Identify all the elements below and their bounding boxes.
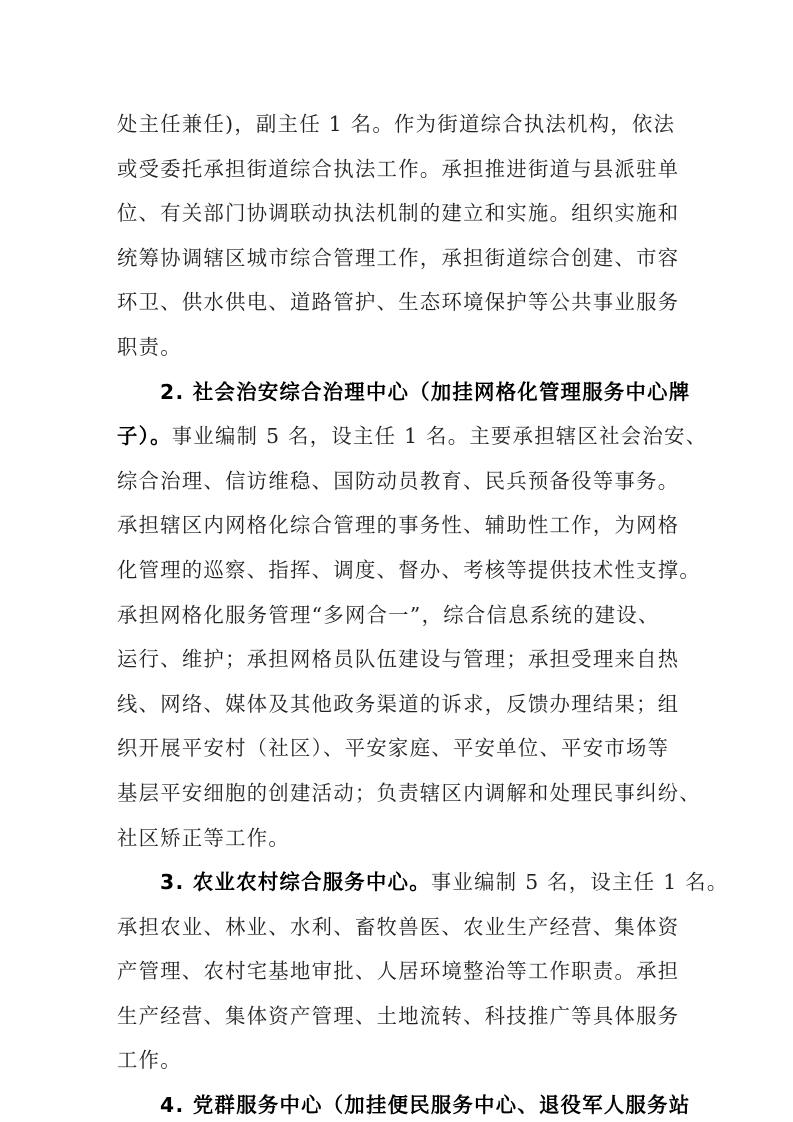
text-line: 4. 党群服务中心（加挂便民服务中心、退役军人服务站 <box>117 1083 683 1122</box>
text-line: 位、有关部门协调联动执法机制的建立和实施。组织实施和 <box>117 191 683 236</box>
text-line: 承担辖区内网格化综合管理的事务性、辅助性工作，为网格 <box>117 503 683 548</box>
paragraph-section-4: 4. 党群服务中心（加挂便民服务中心、退役军人服务站 <box>117 1083 683 1122</box>
text-run: 事业编制 5 名，设主任 1 名。 <box>431 870 729 894</box>
text-run: 事业编制 5 名，设主任 1 名。主要承担辖区社会治安、 <box>172 424 708 448</box>
document-page: 处主任兼任)，副主任 1 名。作为街道综合执法机构，依法 或受委托承担街道综合执… <box>0 0 793 1122</box>
text-line: 线、网络、媒体及其他政务渠道的诉求，反馈办理结果；组 <box>117 682 683 727</box>
paragraph-section-3: 3. 农业农村综合服务中心。事业编制 5 名，设主任 1 名。 承担农业、林业、… <box>117 860 683 1083</box>
section-heading: 子）。 <box>117 424 172 448</box>
section-heading: 2. 社会治安综合治理中心（加挂网格化管理服务中心牌 <box>160 380 690 404</box>
document-body: 处主任兼任)，副主任 1 名。作为街道综合执法机构，依法 或受委托承担街道综合执… <box>117 102 683 1122</box>
text-line: 综合治理、信访维稳、国防动员教育、民兵预备役等事务。 <box>117 459 683 504</box>
text-line: 或受委托承担街道综合执法工作。承担推进街道与县派驻单 <box>117 147 683 192</box>
text-line: 织开展平安村（社区）、平安家庭、平安单位、平安市场等 <box>117 726 683 771</box>
text-line: 产管理、农村宅基地审批、人居环境整治等工作职责。承担 <box>117 949 683 994</box>
text-line: 环卫、供水供电、道路管护、生态环境保护等公共事业服务 <box>117 280 683 325</box>
text-line: 社区矫正等工作。 <box>117 816 683 861</box>
text-line: 运行、维护；承担网格员队伍建设与管理；承担受理来自热 <box>117 637 683 682</box>
paragraph-section-1-continuation: 处主任兼任)，副主任 1 名。作为街道综合执法机构，依法 或受委托承担街道综合执… <box>117 102 683 370</box>
text-line: 化管理的巡察、指挥、调度、督办、考核等提供技术性支撑。 <box>117 548 683 593</box>
text-line: 统筹协调辖区城市综合管理工作，承担街道综合创建、市容 <box>117 236 683 281</box>
section-heading: 3. 农业农村综合服务中心。 <box>160 870 431 894</box>
text-line: 工作。 <box>117 1038 683 1083</box>
text-line: 生产经营、集体资产管理、土地流转、科技推广等具体服务 <box>117 994 683 1039</box>
section-heading: 4. 党群服务中心（加挂便民服务中心、退役军人服务站 <box>160 1093 690 1117</box>
text-line: 基层平安细胞的创建活动；负责辖区内调解和处理民事纠纷、 <box>117 771 683 816</box>
text-line: 2. 社会治安综合治理中心（加挂网格化管理服务中心牌 <box>117 370 683 415</box>
text-line: 处主任兼任)，副主任 1 名。作为街道综合执法机构，依法 <box>117 102 683 147</box>
paragraph-section-2: 2. 社会治安综合治理中心（加挂网格化管理服务中心牌 子）。事业编制 5 名，设… <box>117 370 683 861</box>
text-line: 职责。 <box>117 325 683 370</box>
text-line: 承担农业、林业、水利、畜牧兽医、农业生产经营、集体资 <box>117 905 683 950</box>
text-line: 3. 农业农村综合服务中心。事业编制 5 名，设主任 1 名。 <box>117 860 683 905</box>
text-line: 承担网格化服务管理“多网合一”，综合信息系统的建设、 <box>117 593 683 638</box>
text-line: 子）。事业编制 5 名，设主任 1 名。主要承担辖区社会治安、 <box>117 414 683 459</box>
